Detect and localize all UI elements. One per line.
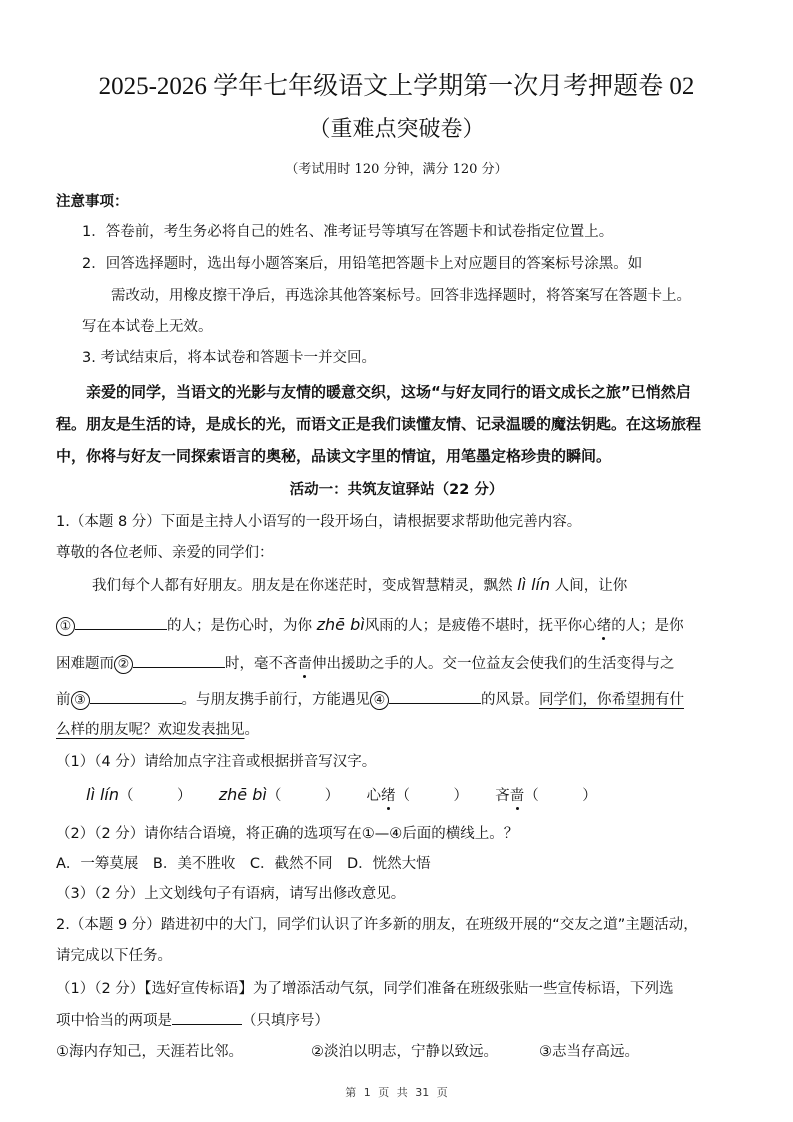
- answer-blank-1[interactable]: [75, 615, 167, 630]
- passage-text: 人间，让你: [555, 578, 628, 594]
- q2-sub-question-1-line2: 项中恰当的两项是（只填序号）: [56, 1009, 329, 1030]
- question-text: （只填序号）: [242, 1013, 329, 1029]
- question-text: 项中恰当的两项是: [56, 1013, 172, 1029]
- passage-text: 时，毫不吝: [225, 656, 298, 672]
- char-item: 心: [367, 788, 382, 804]
- circled-number-3: ③: [71, 691, 90, 710]
- pinyin-zhebi: zhē bì: [317, 615, 365, 634]
- dotted-char: 绪: [597, 618, 612, 634]
- options-row: A．一筹莫展 B．美不胜收 C．截然不同 D．恍然大悟: [56, 852, 431, 873]
- answer-blank-4[interactable]: [389, 689, 481, 704]
- circled-number-2: ②: [114, 655, 133, 674]
- pinyin-row: lì lín（ ） zhē bì（ ） 心绪（ ） 吝啬（ ）: [86, 784, 597, 805]
- q2-sub-question-1: （1）（2 分）【选好宣传标语】为了增添活动气氛，同学们准备在班级张贴一些宣传标…: [56, 977, 674, 998]
- pinyin-item: lì lín: [86, 785, 119, 804]
- notices-heading: 注意事项：: [56, 190, 129, 211]
- underlined-sentence: 同学们，你希望拥有什: [539, 692, 684, 708]
- notice-item: 需改动，用橡皮擦干净后，再选涂其他答案标号。回答非选择题时，将答案写在答题卡上。: [111, 284, 691, 305]
- sub-question-1: （1）（4 分）请给加点字注音或根据拼音写汉字。: [56, 750, 376, 771]
- passage-text: 的人；是伤心时，为你: [167, 618, 312, 634]
- passage-text: 前: [56, 692, 71, 708]
- answer-paren[interactable]: （ ）: [396, 788, 469, 804]
- passage-line-2: ①的人；是伤心时，为你 zhē bì风雨的人；是疲倦不堪时，抚平你心绪的人；是你: [56, 614, 684, 636]
- answer-blank[interactable]: [172, 1010, 242, 1025]
- passage-line-5: 么样的朋友呢？欢迎发表拙见。: [56, 718, 259, 739]
- notice-item: 1．答卷前，考生务必将自己的姓名、准考证号等填写在答题卡和试卷指定位置上。: [82, 220, 613, 241]
- circled-number-1: ①: [56, 617, 75, 636]
- char-item: 吝: [495, 788, 510, 804]
- passage-text: 风雨的人；是疲倦不堪时，抚平你心: [365, 618, 597, 634]
- activity-heading: 活动一：共筑友谊驿站（22 分）: [0, 478, 793, 499]
- exam-title: 2025-2026 学年七年级语文上学期第一次月考押题卷 02: [0, 66, 793, 102]
- pinyin-item: zhē bì: [219, 785, 267, 804]
- passage-text: 。: [245, 722, 260, 738]
- slogan-choice-3: ③志当存高远。: [539, 1040, 639, 1061]
- notice-item: 2．回答选择题时，选出每小题答案后，用铅笔把答题卡上对应题目的答案标号涂黑。如: [82, 252, 642, 273]
- sub-question-2: （2）（2 分）请你结合语境，将正确的选项写在①—④后面的横线上。？: [56, 822, 518, 843]
- underlined-sentence: 么样的朋友呢？欢迎发表拙见: [56, 722, 245, 738]
- intro-line: 程。朋友是生活的诗，是成长的光，而语文正是我们读懂友情、记录温暖的魔法钥匙。在这…: [56, 413, 701, 434]
- answer-paren[interactable]: （ ）: [119, 788, 192, 804]
- answer-blank-2[interactable]: [133, 653, 225, 668]
- question-2-stem: 2.（本题 9 分）踏进初中的大门，同学们认识了许多新的朋友，在班级开展的“交友…: [56, 913, 698, 934]
- passage-text: 的风景。: [481, 692, 539, 708]
- answer-paren[interactable]: （ ）: [524, 788, 597, 804]
- greeting: 尊敬的各位老师、亲爱的同学们：: [56, 541, 274, 562]
- notice-item: 写在本试卷上无效。: [82, 315, 213, 336]
- circled-number-4: ④: [370, 691, 389, 710]
- intro-line: 亲爱的同学，当语文的光影与友情的暖意交织，这场“与好友同行的语文成长之旅”已悄然…: [86, 381, 691, 402]
- dotted-char: 绪: [381, 788, 396, 804]
- passage-text: 困难题而: [56, 656, 114, 672]
- answer-blank-3[interactable]: [90, 689, 182, 704]
- exam-subtitle: （重难点突破卷）: [0, 112, 793, 143]
- question-1-stem: 1.（本题 8 分）下面是主持人小语写的一段开场白，请根据要求帮助他完善内容。: [56, 510, 581, 531]
- slogan-choice-1: ①海内存知己，天涯若比邻。: [56, 1040, 243, 1061]
- sub-question-3: （3）（2 分）上文划线句子有语病，请写出修改意见。: [56, 882, 405, 903]
- question-2-stem: 请完成以下任务。: [56, 944, 172, 965]
- dotted-char: 啬: [510, 788, 525, 804]
- passage-line-3: 困难题而②时，毫不吝啬伸出援助之手的人。交一位益友会使我们的生活变得与之: [56, 652, 675, 674]
- answer-paren[interactable]: （ ）: [267, 788, 340, 804]
- passage-text: 的人；是你: [611, 618, 684, 634]
- pinyin-lilin: lì lín: [517, 575, 550, 594]
- passage-line-1: 我们每个人都有好朋友。朋友是在你迷茫时，变成智慧精灵，飘然 lì lín 人间，…: [92, 574, 627, 595]
- notice-item: 3. 考试结束后，将本试卷和答题卡一并交回。: [82, 346, 376, 367]
- dotted-char: 啬: [298, 656, 313, 672]
- exam-info: （考试用时 120 分钟，满分 120 分）: [0, 158, 793, 177]
- passage-text: 我们每个人都有好朋友。朋友是在你迷茫时，变成智慧精灵，飘然: [92, 578, 513, 594]
- passage-text: 。与朋友携手前行，方能遇见: [182, 692, 371, 708]
- passage-line-4: 前③。与朋友携手前行，方能遇见④的风景。同学们，你希望拥有什: [56, 688, 684, 710]
- passage-text: 伸出援助之手的人。交一位益友会使我们的生活变得与之: [312, 656, 675, 672]
- page-footer: 第 1 页 共 31 页: [0, 1084, 793, 1100]
- intro-line: 中，你将与好友一同探索语言的奥秘，品读文字里的情谊，用笔墨定格珍贵的瞬间。: [56, 445, 611, 466]
- slogan-choice-2: ②淡泊以明志，宁静以致远。: [311, 1040, 498, 1061]
